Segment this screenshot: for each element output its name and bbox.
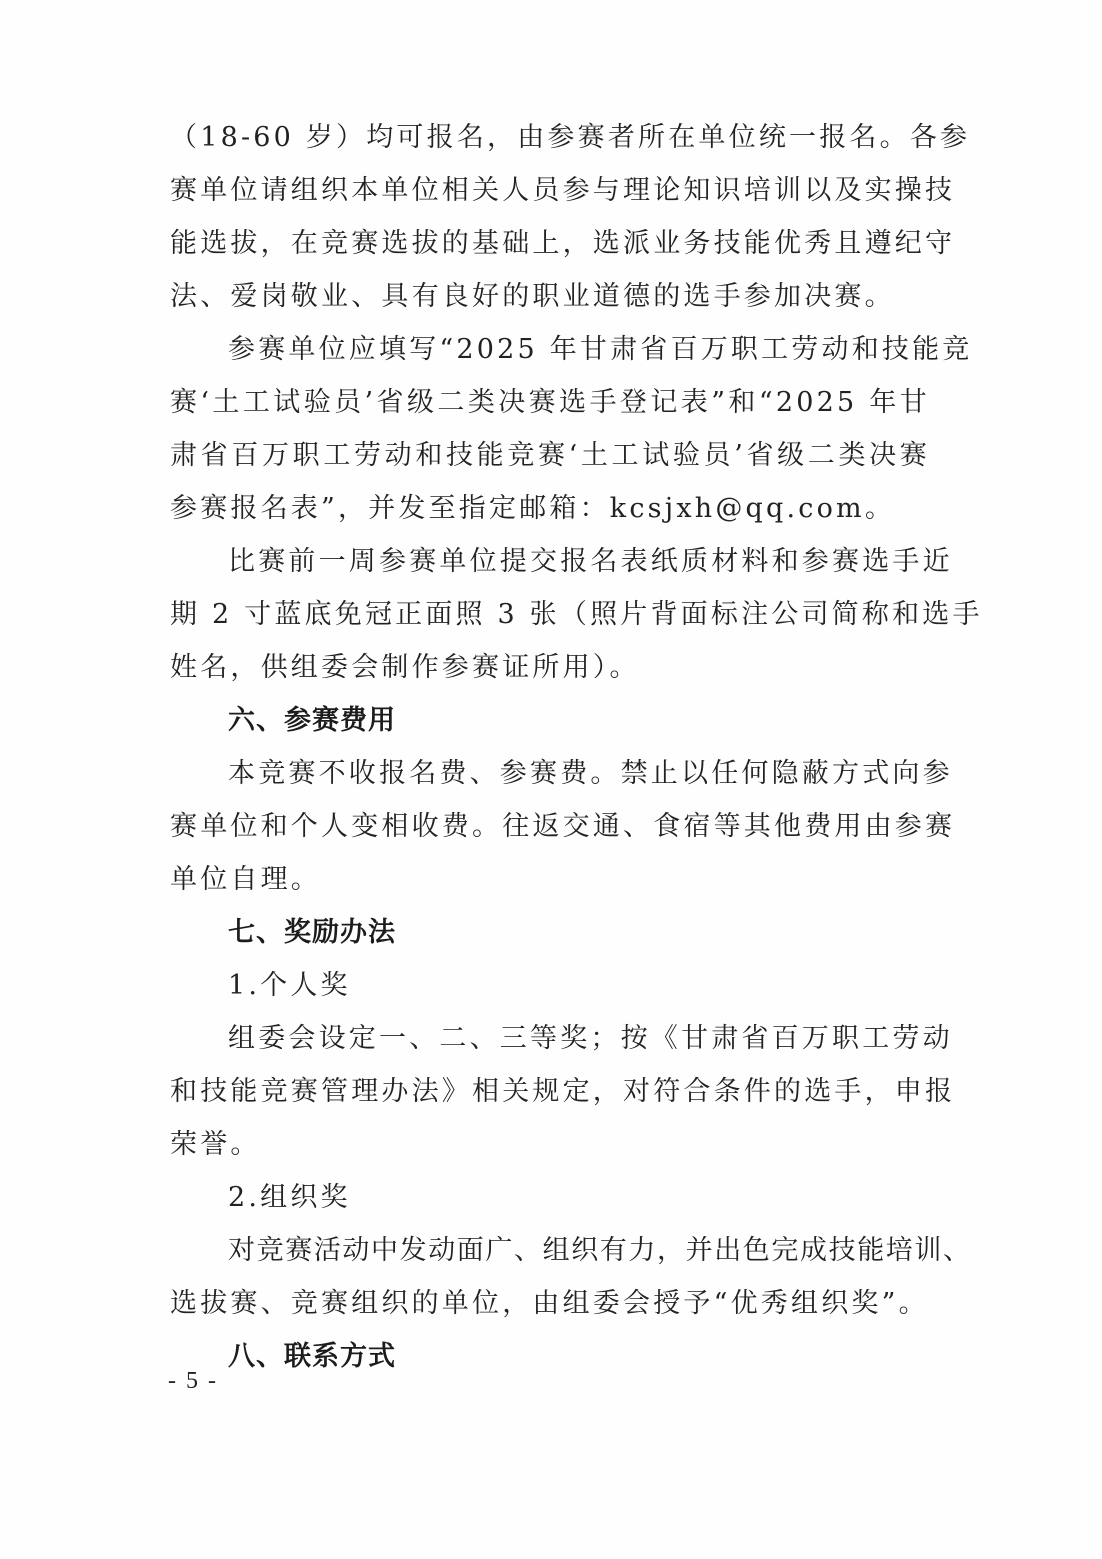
subsection-individual-line-2: 和技能竞赛管理办法》相关规定，对符合条件的选手，申报 [170,1072,930,1112]
section-heading-contact: 八、联系方式 [228,1337,930,1377]
document-page: （18-60 岁）均可报名，由参赛者所在单位统一报名。各参 赛单位请组织本单位相… [0,0,1102,1559]
paragraph-photo-line-2: 期 2 寸蓝底免冠正面照 3 张（照片背面标注公司简称和选手 [170,595,930,635]
section-fees-line-1: 本竞赛不收报名费、参赛费。禁止以任何隐蔽方式向参 [228,754,930,794]
paragraph-eligibility-line-1: （18-60 岁）均可报名，由参赛者所在单位统一报名。各参 [170,118,930,158]
subsection-title-organization-award: 2.组织奖 [228,1178,930,1218]
paragraph-photo-line-1: 比赛前一周参赛单位提交报名表纸质材料和参赛选手近 [228,542,930,582]
paragraph-eligibility-line-2: 赛单位请组织本单位相关人员参与理论知识培训以及实操技 [170,171,930,211]
section-fees-line-2: 赛单位和个人变相收费。往返交通、食宿等其他费用由参赛 [170,807,930,847]
paragraph-registration-line-1: 参赛单位应填写“2025 年甘肃省百万职工劳动和技能竞 [228,330,930,370]
section-heading-awards: 七、奖励办法 [228,913,930,953]
subsection-organization-line-1: 对竞赛活动中发动面广、组织有力，并出色完成技能培训、 [228,1231,958,1271]
paragraph-photo-line-3: 姓名，供组委会制作参赛证所用）。 [170,648,930,688]
subsection-title-individual-award: 1.个人奖 [228,966,930,1006]
paragraph-registration-line-2: 赛‘土工试验员’省级二类决赛选手登记表”和“2025 年甘 [170,383,930,423]
section-fees-line-3: 单位自理。 [170,860,930,900]
paragraph-eligibility-line-4: 法、爱岗敬业、具有良好的职业道德的选手参加决赛。 [170,277,930,317]
page-number: - 5 - [168,1363,218,1399]
paragraph-registration-line-4: 参赛报名表”，并发至指定邮箱：kcsjxh@qq.com。 [170,489,930,529]
paragraph-eligibility-line-3: 能选拔，在竞赛选拔的基础上，选派业务技能优秀且遵纪守 [170,224,930,264]
subsection-individual-line-1: 组委会设定一、二、三等奖；按《甘肃省百万职工劳动 [228,1019,930,1059]
section-heading-fees: 六、参赛费用 [228,701,930,741]
subsection-organization-line-2: 选拔赛、竞赛组织的单位，由组委会授予“优秀组织奖”。 [170,1284,930,1324]
subsection-individual-line-3: 荣誉。 [170,1125,930,1165]
paragraph-registration-line-3: 肃省百万职工劳动和技能竞赛‘土工试验员’省级二类决赛 [170,436,930,476]
